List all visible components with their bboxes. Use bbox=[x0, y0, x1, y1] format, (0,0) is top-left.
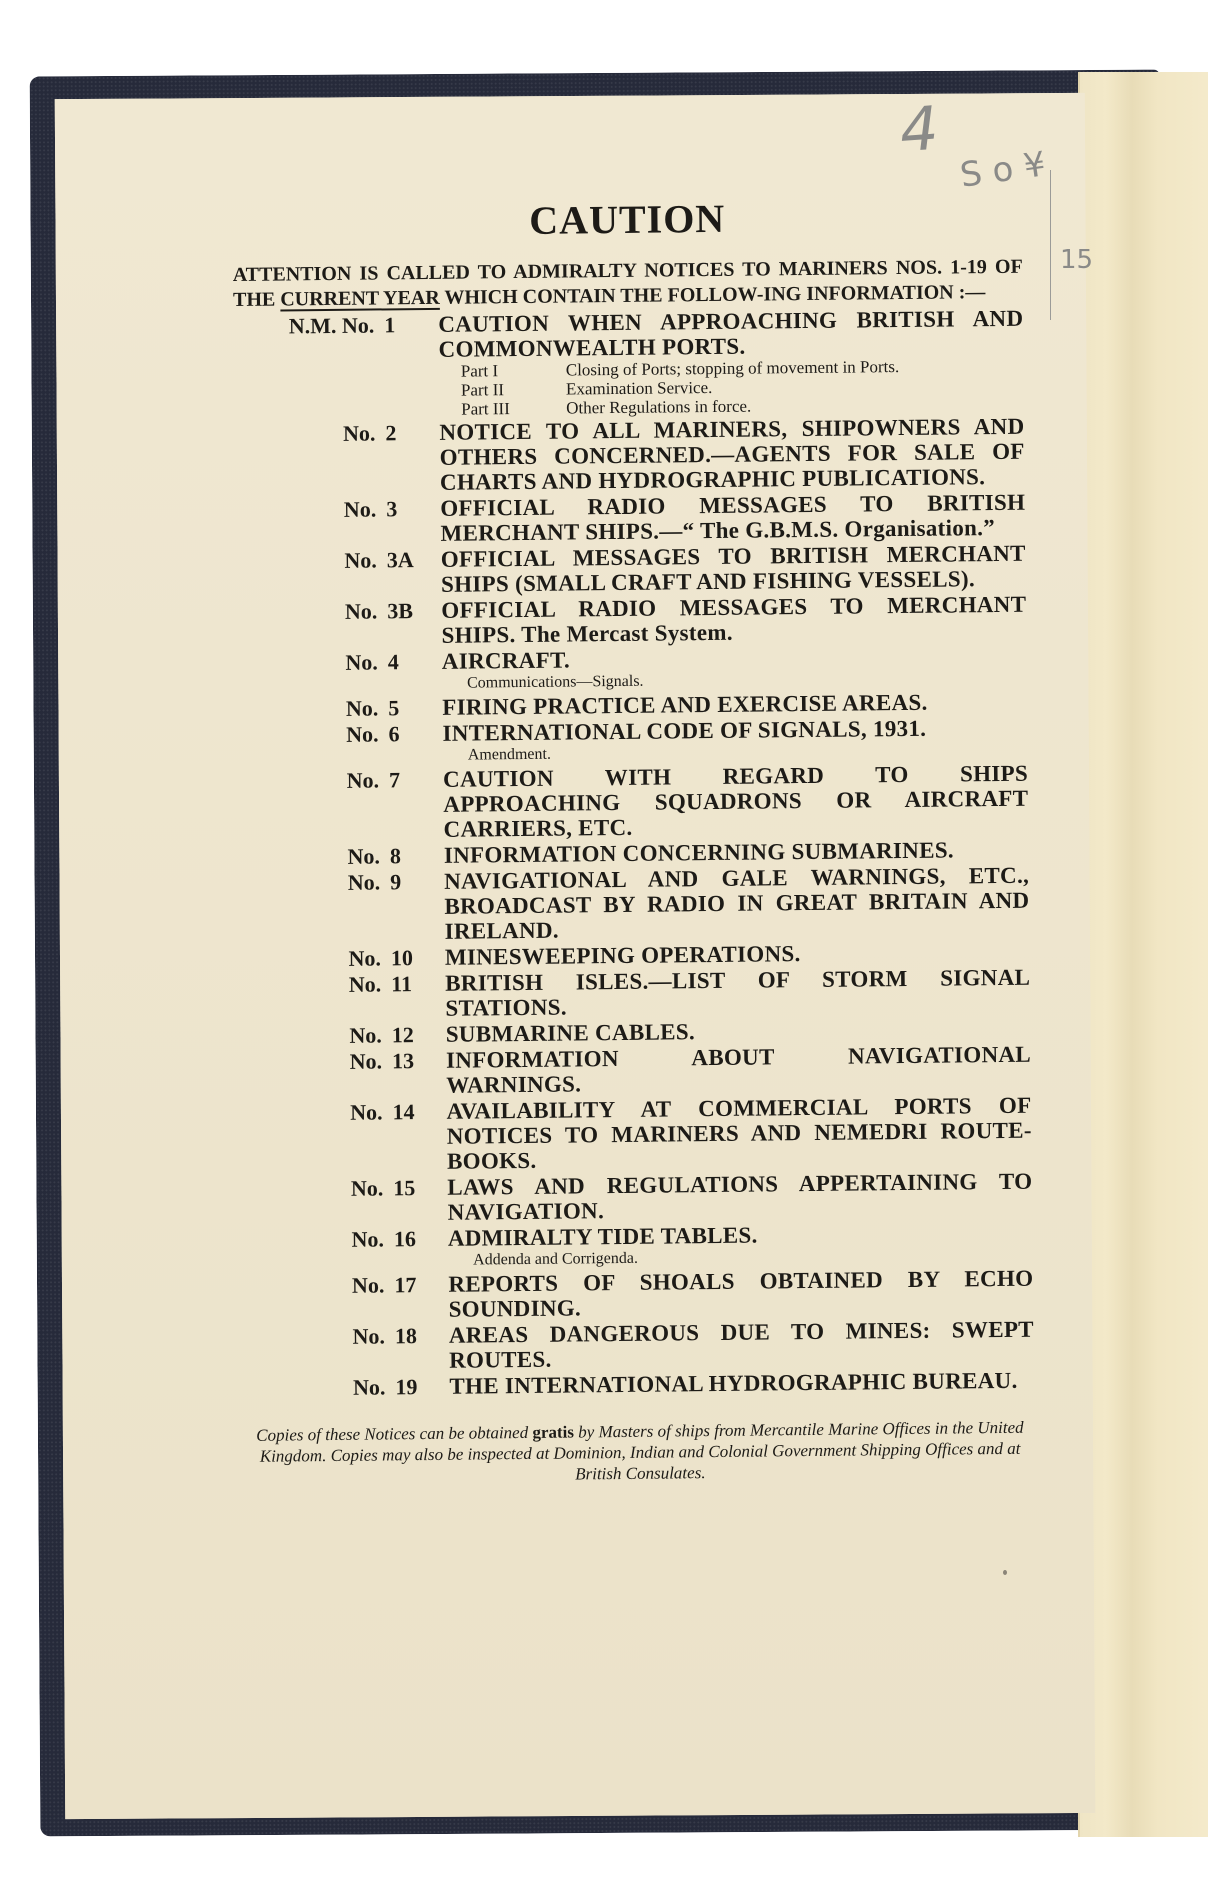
notice-heading: OFFICIAL RADIO MESSAGES TO MERCHANT SHIP… bbox=[441, 592, 1026, 648]
notice-number: No.19 bbox=[244, 1374, 431, 1401]
notice-heading: AVAILABILITY AT COMMERCIAL PORTS OF NOTI… bbox=[446, 1093, 1032, 1174]
notice-number: No.13 bbox=[241, 1048, 428, 1075]
notice-number: N.M. No.1 bbox=[233, 312, 420, 339]
notice-number: No.6 bbox=[237, 721, 424, 748]
notice-entry: No.9NAVIGATIONAL AND GALE WARNINGS, ETC.… bbox=[239, 863, 1030, 946]
notice-heading: REPORTS OF SHOALS OBTAINED BY ECHO SOUND… bbox=[448, 1266, 1033, 1322]
notice-number: No.18 bbox=[244, 1323, 431, 1350]
pencil-line bbox=[1050, 170, 1051, 320]
notice-heading: BRITISH ISLES.—LIST OF STORM SIGNAL STAT… bbox=[445, 965, 1030, 1021]
notices-list: N.M. No.1CAUTION WHEN APPROACHING BRITIS… bbox=[233, 306, 1034, 1401]
underlined-current-year: CURRENT YEAR bbox=[280, 287, 440, 311]
notice-heading: NAVIGATIONAL AND GALE WARNINGS, ETC., BR… bbox=[444, 863, 1030, 944]
notice-heading: INFORMATION ABOUT NAVIGATIONAL WARNINGS. bbox=[446, 1042, 1031, 1098]
notice-heading: AREAS DANGEROUS DUE TO MINES: SWEPT ROUT… bbox=[449, 1317, 1034, 1373]
notice-entry: No.7CAUTION WITH REGARD TO SHIPS APPROAC… bbox=[238, 761, 1029, 844]
notice-number: No.7 bbox=[238, 767, 425, 794]
notice-entry: No.11BRITISH ISLES.—LIST OF STORM SIGNAL… bbox=[240, 965, 1030, 1023]
notice-heading: CAUTION WITH REGARD TO SHIPS APPROACHING… bbox=[443, 761, 1029, 842]
intro-paragraph: ATTENTION IS CALLED TO ADMIRALTY NOTICES… bbox=[233, 255, 1023, 313]
notice-heading: OFFICIAL MESSAGES TO BRITISH MERCHANT SH… bbox=[441, 541, 1026, 597]
notice-heading: LAWS AND REGULATIONS APPERTAINING TO NAV… bbox=[447, 1169, 1032, 1225]
notice-entry: No.13INFORMATION ABOUT NAVIGATIONAL WARN… bbox=[241, 1042, 1031, 1100]
notice-number: No.14 bbox=[241, 1099, 428, 1126]
endpaper bbox=[1078, 72, 1208, 1837]
notice-entry: No.6INTERNATIONAL CODE OF SIGNALS, 1931.… bbox=[237, 715, 1027, 768]
notice-heading: THE INTERNATIONAL HYDROGRAPHIC BUREAU. bbox=[449, 1368, 1034, 1399]
notice-number: No.8 bbox=[239, 843, 426, 870]
page-title: CAUTION bbox=[232, 192, 1022, 247]
notice-number: No.15 bbox=[242, 1175, 429, 1202]
notice-number: No.11 bbox=[240, 971, 427, 998]
pencil-note-3: 15 bbox=[1060, 245, 1093, 275]
notice-entry: No.2NOTICE TO ALL MARINERS, SHIPOWNERS A… bbox=[234, 414, 1025, 497]
notice-number: No.5 bbox=[237, 695, 424, 722]
notice-number: No.3B bbox=[236, 598, 423, 625]
pencil-note-1: 4 bbox=[898, 94, 941, 166]
notice-entry: No.17REPORTS OF SHOALS OBTAINED BY ECHO … bbox=[243, 1266, 1033, 1324]
notice-number: No.3A bbox=[236, 547, 423, 574]
notice-entry: No.14AVAILABILITY AT COMMERCIAL PORTS OF… bbox=[241, 1093, 1032, 1176]
notice-entry: N.M. No.1CAUTION WHEN APPROACHING BRITIS… bbox=[233, 306, 1024, 421]
notice-entry: No.18AREAS DANGEROUS DUE TO MINES: SWEPT… bbox=[244, 1317, 1034, 1375]
notice-entry: No.4AIRCRAFT.Communications—Signals. bbox=[237, 643, 1027, 696]
notice-entry: No.3BOFFICIAL RADIO MESSAGES TO MERCHANT… bbox=[236, 592, 1026, 650]
notice-number: No.3 bbox=[235, 496, 422, 523]
footer-note: Copies of these Notices can be obtained … bbox=[245, 1417, 1036, 1488]
notice-entry: No.16ADMIRALTY TIDE TABLES.Addenda and C… bbox=[243, 1220, 1033, 1273]
notice-number: No.4 bbox=[237, 649, 424, 676]
notice-entry: No.15LAWS AND REGULATIONS APPERTAINING T… bbox=[242, 1169, 1032, 1227]
notice-content: CAUTION ATTENTION IS CALLED TO ADMIRALTY… bbox=[232, 192, 1035, 1488]
notice-heading: NOTICE TO ALL MARINERS, SHIPOWNERS AND O… bbox=[439, 414, 1025, 495]
notice-entry: No.3OFFICIAL RADIO MESSAGES TO BRITISH M… bbox=[235, 490, 1025, 548]
page-speck bbox=[1003, 1570, 1007, 1575]
notice-entry: No.3AOFFICIAL MESSAGES TO BRITISH MERCHA… bbox=[236, 541, 1026, 599]
notice-parts: Part IClosing of Ports; stopping of move… bbox=[461, 356, 1025, 419]
notice-number: No.12 bbox=[241, 1022, 428, 1049]
notice-number: No.9 bbox=[239, 869, 426, 896]
notice-heading: OFFICIAL RADIO MESSAGES TO BRITISH MERCH… bbox=[440, 490, 1025, 546]
notice-number: No.17 bbox=[243, 1272, 430, 1299]
notice-number: No.10 bbox=[240, 945, 427, 972]
gratis-text: gratis bbox=[532, 1422, 574, 1441]
notice-heading: CAUTION WHEN APPROACHING BRITISH AND COM… bbox=[438, 306, 1023, 362]
notice-number: No.2 bbox=[234, 420, 421, 447]
notice-number: No.16 bbox=[243, 1226, 430, 1253]
